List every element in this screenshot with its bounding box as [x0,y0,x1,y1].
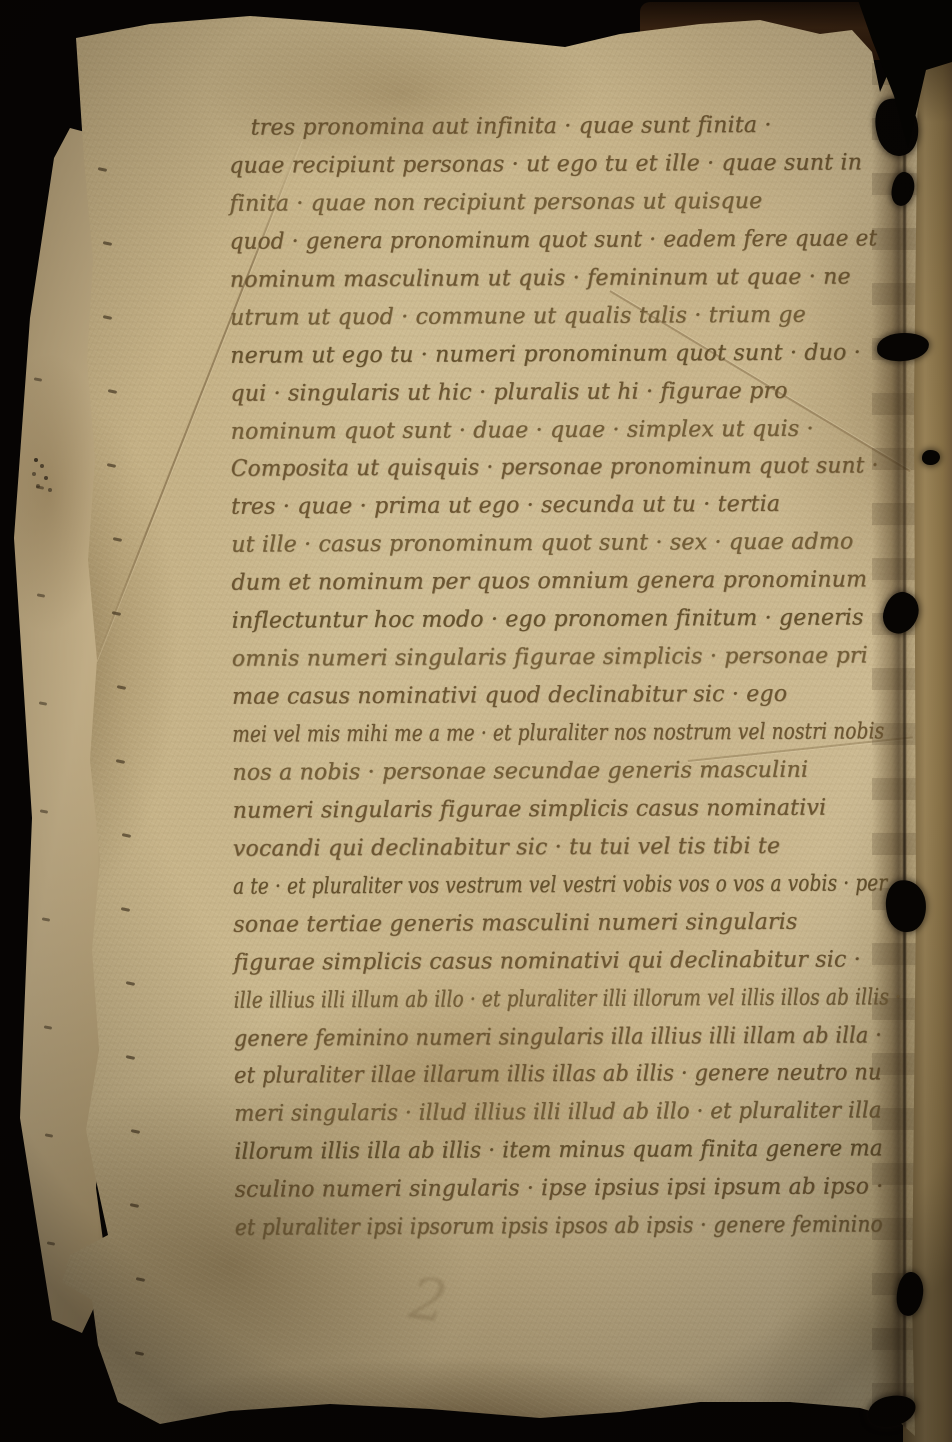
prick-mark [35,485,43,489]
parchment-leaf: 2 tres pronomina aut infinita · quae sun… [58,8,918,1436]
manuscript-line: illorum illis illa ab illis · item minus… [234,1131,864,1172]
prick-mark [43,1025,51,1029]
text-block: tres pronomina aut infinita · quae sunt … [229,106,897,1248]
manuscript-line: qui · singularis ut hic · pluralis ut hi… [230,372,878,413]
prick-mark [34,377,42,381]
manuscript-line: ut ille · casus pronominum quot sunt · s… [231,524,879,565]
manuscript-line: ille illius illi illum ab illo · et plur… [234,979,777,1020]
manuscript-line: et pluraliter illae illarum illis illas … [234,1055,848,1096]
prick-mark [42,917,50,921]
prick-mark [39,701,47,705]
manuscript-line: mei vel mis mihi me a me · et pluraliter… [232,714,775,755]
prick-mark [37,593,45,597]
manuscript-line: genere feminino numeri singularis illa i… [234,1017,845,1058]
manuscript-line: nerum ut ego tu · numeri pronominum quot… [230,334,878,375]
manuscript-line: a te · et pluraliter vos vestrum vel ves… [233,866,776,907]
prick-mark [40,809,48,813]
manuscript-line: et pluraliter ipsi ipsorum ipsis ipsos a… [235,1207,827,1248]
manuscript-line: omnis numeri singularis figurae simplici… [232,637,880,678]
manuscript-line: nominum masculinum ut quis · femininum u… [230,258,878,299]
manuscript-line: tres pronomina aut infinita · quae sunt … [229,106,877,147]
manuscript-line: vocandi qui declinabitur sic · tu tui ve… [233,827,881,868]
prick-mark [47,1241,55,1245]
manuscript-line: utrum ut quod · commune ut qualis talis … [230,296,878,337]
gutter-fold-crease [903,8,906,1436]
manuscript-photo: 2 tres pronomina aut infinita · quae sun… [0,0,952,1442]
manuscript-line: quae recipiunt personas · ut ego tu et i… [229,144,877,185]
prick-mark [45,1133,53,1137]
manuscript-line: numeri singularis figurae simplicis casu… [233,789,881,830]
manuscript-line: sonae tertiae generis masculini numeri s… [233,903,881,944]
manuscript-line: meri singularis · illud illius illi illu… [234,1093,854,1134]
manuscript-line: inflectuntur hoc modo · ego pronomen fin… [232,600,880,641]
manuscript-line: dum et nominum per quos omnium genera pr… [231,562,879,603]
manuscript-line: Composita ut quisquis · personae pronomi… [231,448,867,489]
manuscript-line: finita · quae non recipiunt personas ut … [229,182,877,223]
manuscript-line: quod · genera pronominum quot sunt · ead… [230,220,861,261]
manuscript-line: tres · quae · prima ut ego · secunda ut … [231,486,879,527]
manuscript-line: nos a nobis · personae secundae generis … [232,751,880,792]
manuscript-line: mae casus nominativi quod declinabitur s… [232,675,880,716]
manuscript-line: figurae simplicis casus nominativi qui d… [233,941,881,982]
manuscript-line: nominum quot sunt · duae · quae · simple… [231,410,879,451]
manuscript-line: sculino numeri singularis · ipse ipsius … [235,1169,877,1210]
ink-speckles [34,458,38,462]
